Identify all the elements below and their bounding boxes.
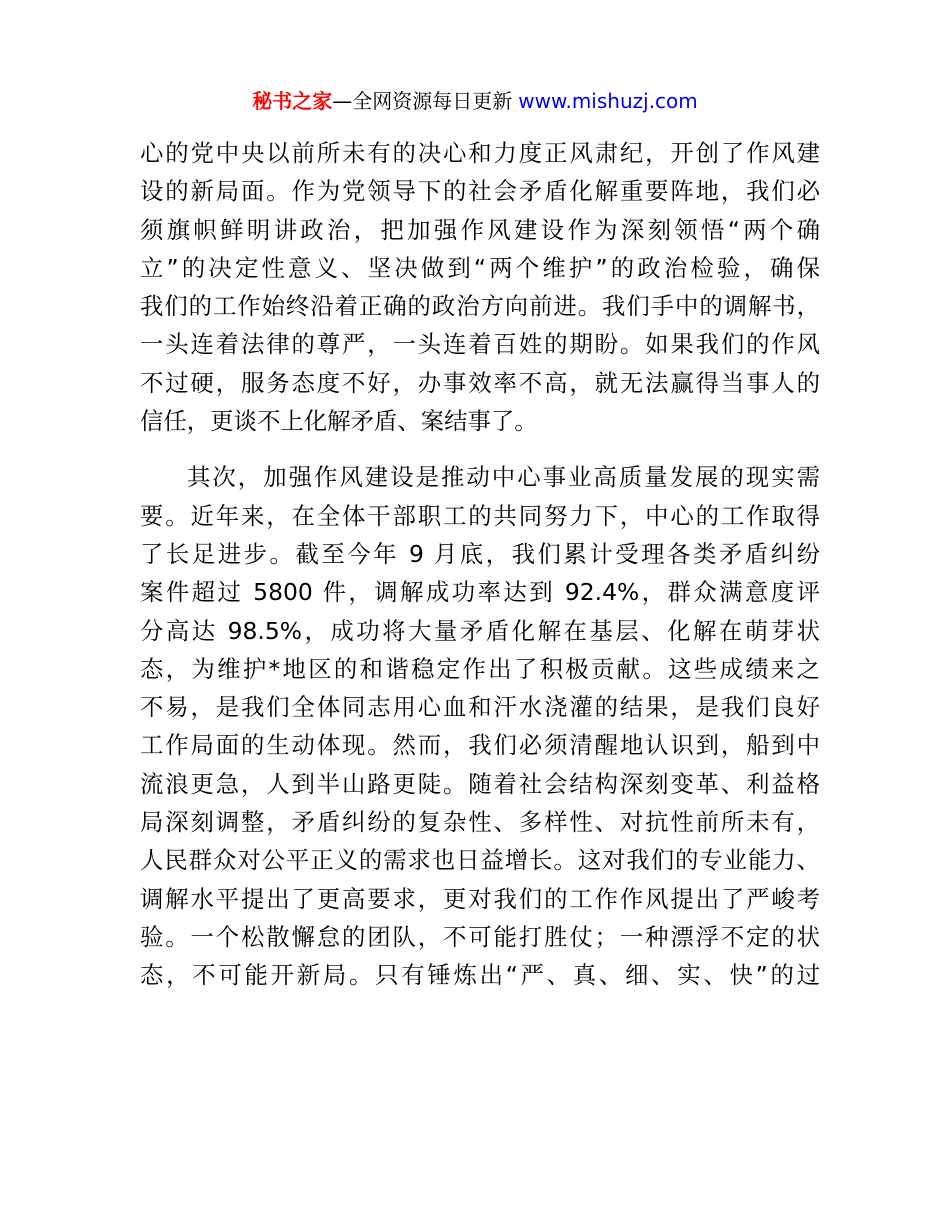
text-line: 不过硬，服务态度不好，办事效率不高，就无法赢得当事人的 [140, 364, 820, 402]
text-line: 案件超过 5800 件，调解成功率达到 92.4%，群众满意度评 [140, 573, 820, 611]
header-tagline: —全网资源每日更新 [332, 89, 512, 113]
brand-name: 秘书之家 [252, 89, 332, 113]
text-line: 了长足进步。截至今年 9 月底，我们累计受理各类矛盾纠纷 [140, 535, 820, 573]
text-line: 我们的工作始终沿着正确的政治方向前进。我们手中的调解书， [140, 287, 820, 325]
text-line: 态，不可能开新局。只有锤炼出“严、真、细、实、快”的过 [140, 956, 820, 994]
text-line: 设的新局面。作为党领导下的社会矛盾化解重要阵地，我们必 [140, 172, 820, 210]
text-line: 局深刻调整，矛盾纠纷的复杂性、多样性、对抗性前所未有， [140, 803, 820, 841]
text-line: 分高达 98.5%，成功将大量矛盾化解在基层、化解在萌芽状 [140, 612, 820, 650]
text-line: 人民群众对公平正义的需求也日益增长。这对我们的专业能力、 [140, 841, 820, 879]
document-body: 心的党中央以前所未有的决心和力度正风肃纪，开创了作风建 设的新局面。作为党领导下… [140, 134, 820, 995]
paragraph-spacer [140, 440, 820, 458]
text-line: 不易，是我们全体同志用心血和汗水浇灌的结果，是我们良好 [140, 688, 820, 726]
text-line: 流浪更急，人到半山路更陡。随着社会结构深刻变革、利益格 [140, 765, 820, 803]
paragraph-2: 其次，加强作风建设是推动中心事业高质量发展的现实需 要。近年来，在全体干部职工的… [140, 458, 820, 994]
site-url-link[interactable]: www.mishuzj.com [518, 89, 698, 113]
text-line: 工作局面的生动体现。然而，我们必须清醒地认识到，船到中 [140, 726, 820, 764]
site-header-banner: 秘书之家—全网资源每日更新www.mishuzj.com [0, 86, 950, 116]
text-line: 态，为维护*地区的和谐稳定作出了积极贡献。这些成绩来之 [140, 650, 820, 688]
text-line: 调解水平提出了更高要求，更对我们的工作作风提出了严峻考 [140, 880, 820, 918]
text-line: 立”的决定性意义、坚决做到“两个维护”的政治检验，确保 [140, 249, 820, 287]
paragraph-1: 心的党中央以前所未有的决心和力度正风肃纪，开创了作风建 设的新局面。作为党领导下… [140, 134, 820, 440]
text-line: 验。一个松散懈怠的团队，不可能打胜仗；一种漂浮不定的状 [140, 918, 820, 956]
text-line: 其次，加强作风建设是推动中心事业高质量发展的现实需 [140, 458, 820, 496]
text-line: 要。近年来，在全体干部职工的共同努力下，中心的工作取得 [140, 497, 820, 535]
text-line: 一头连着法律的尊严，一头连着百姓的期盼。如果我们的作风 [140, 325, 820, 363]
text-line: 须旗帜鲜明讲政治，把加强作风建设作为深刻领悟“两个确 [140, 211, 820, 249]
text-line: 信任，更谈不上化解矛盾、案结事了。 [140, 402, 820, 440]
text-line: 心的党中央以前所未有的决心和力度正风肃纪，开创了作风建 [140, 134, 820, 172]
